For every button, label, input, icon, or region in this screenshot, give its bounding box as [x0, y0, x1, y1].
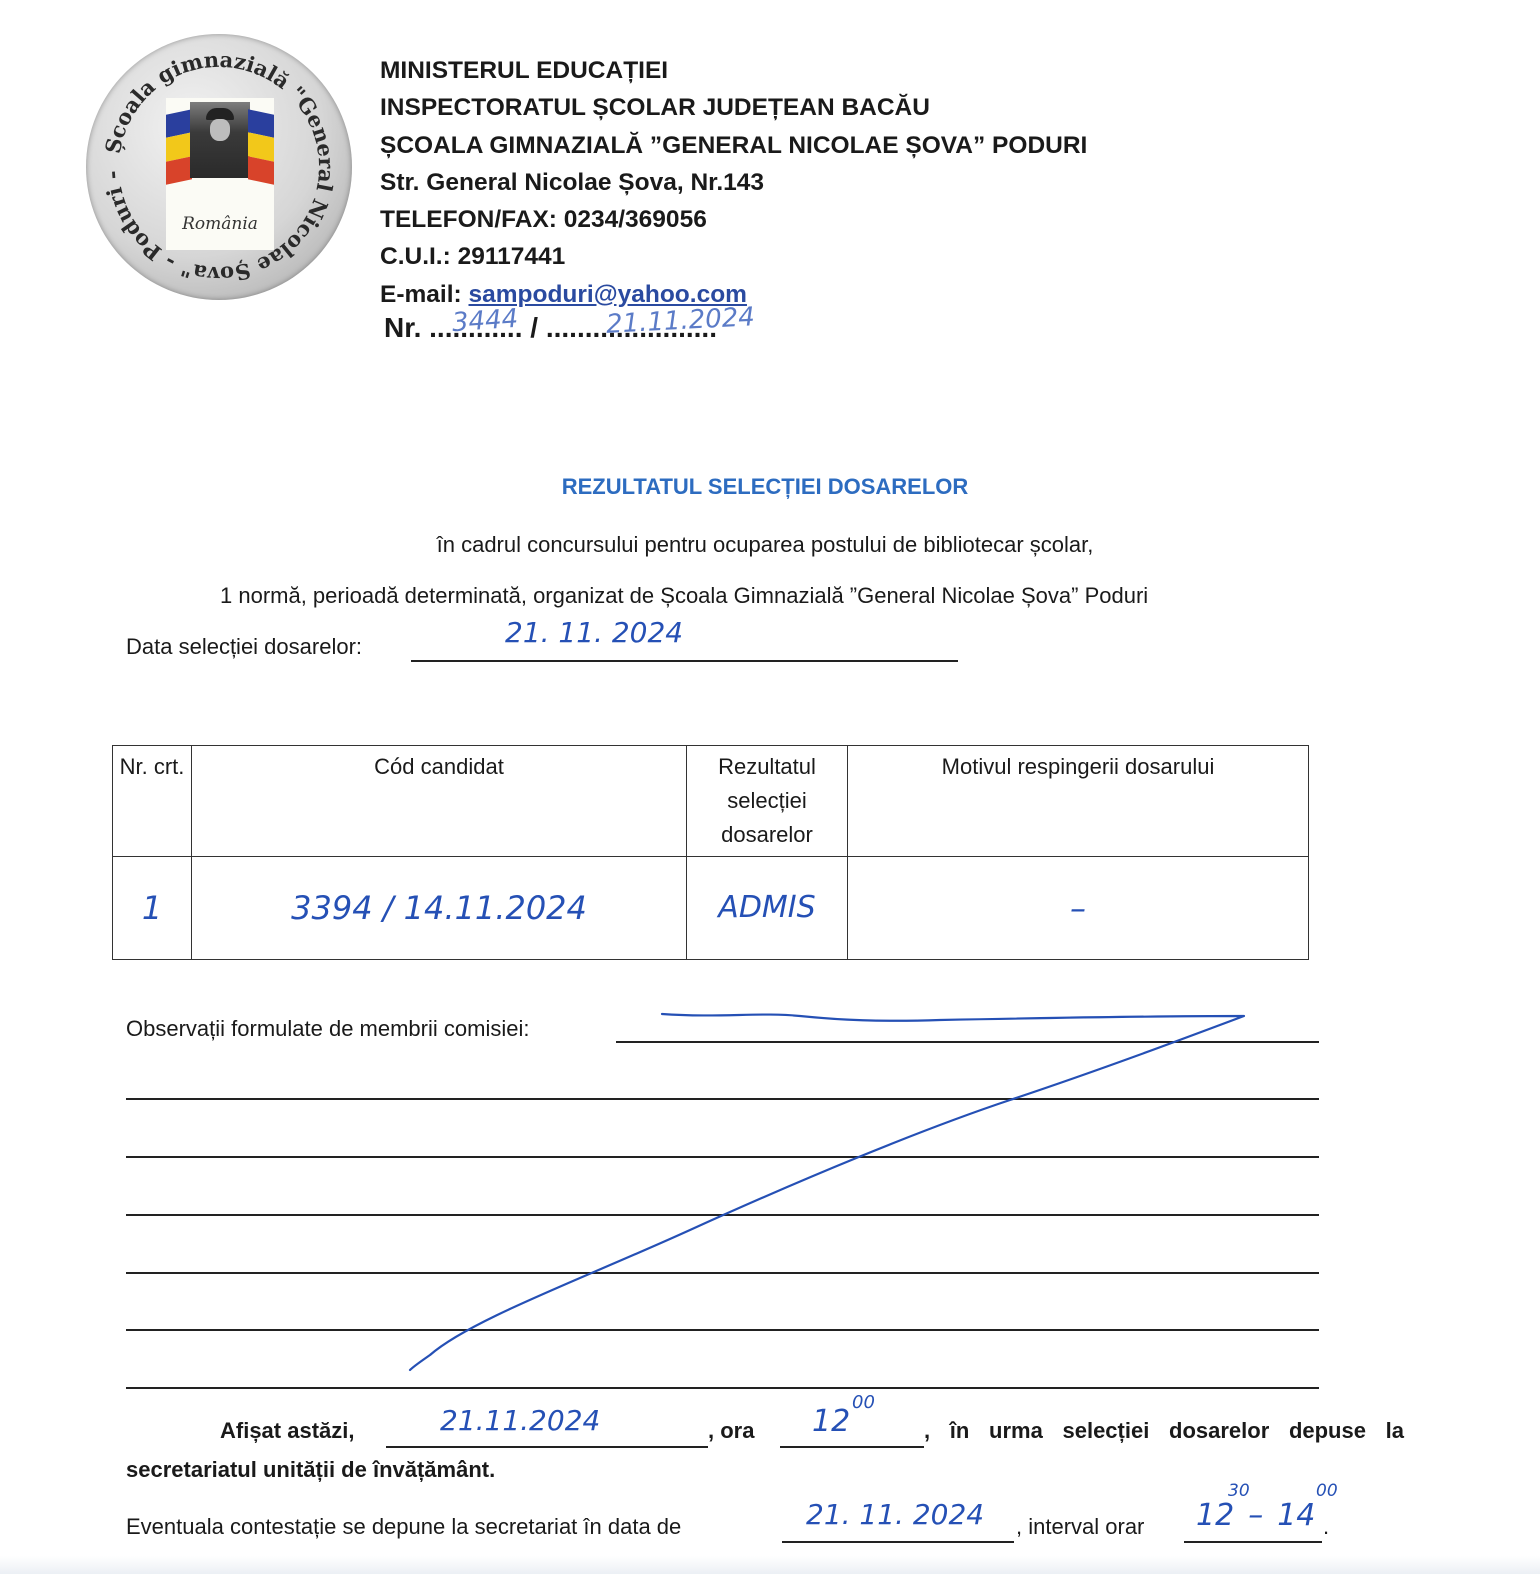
posted-rest: , în urma selecției dosarelor depuse la	[924, 1418, 1404, 1444]
interval-from-minutes: 30	[1228, 1481, 1250, 1501]
appeal-date-value: 21. 11. 2024	[806, 1498, 984, 1531]
interval-value: 12–14	[1196, 1498, 1315, 1533]
posted-date-value: 21.11.2024	[440, 1404, 600, 1437]
posted-date-line	[386, 1446, 708, 1448]
interval-label: , interval orar	[1016, 1514, 1144, 1540]
appeal-date-line	[782, 1541, 1014, 1543]
period: .	[1323, 1514, 1329, 1540]
posted-label: Afișat astăzi,	[220, 1418, 355, 1443]
interval-line	[1184, 1541, 1322, 1543]
appeal-label: Eventuala contestație se depune la secre…	[126, 1514, 681, 1539]
interval-to-minutes: 00	[1316, 1481, 1338, 1501]
posted-line-2: secretariatul unității de învățământ.	[126, 1457, 495, 1483]
ora-label: , ora	[708, 1418, 754, 1444]
scan-edge	[0, 1556, 1540, 1574]
ora-line	[780, 1446, 924, 1448]
posted-hour-value: 12	[812, 1404, 850, 1439]
strike-through-z-mark	[0, 0, 1540, 1574]
appeal-statement: Eventuala contestație se depune la secre…	[126, 1514, 681, 1540]
posted-minutes-value: 00	[852, 1392, 875, 1413]
